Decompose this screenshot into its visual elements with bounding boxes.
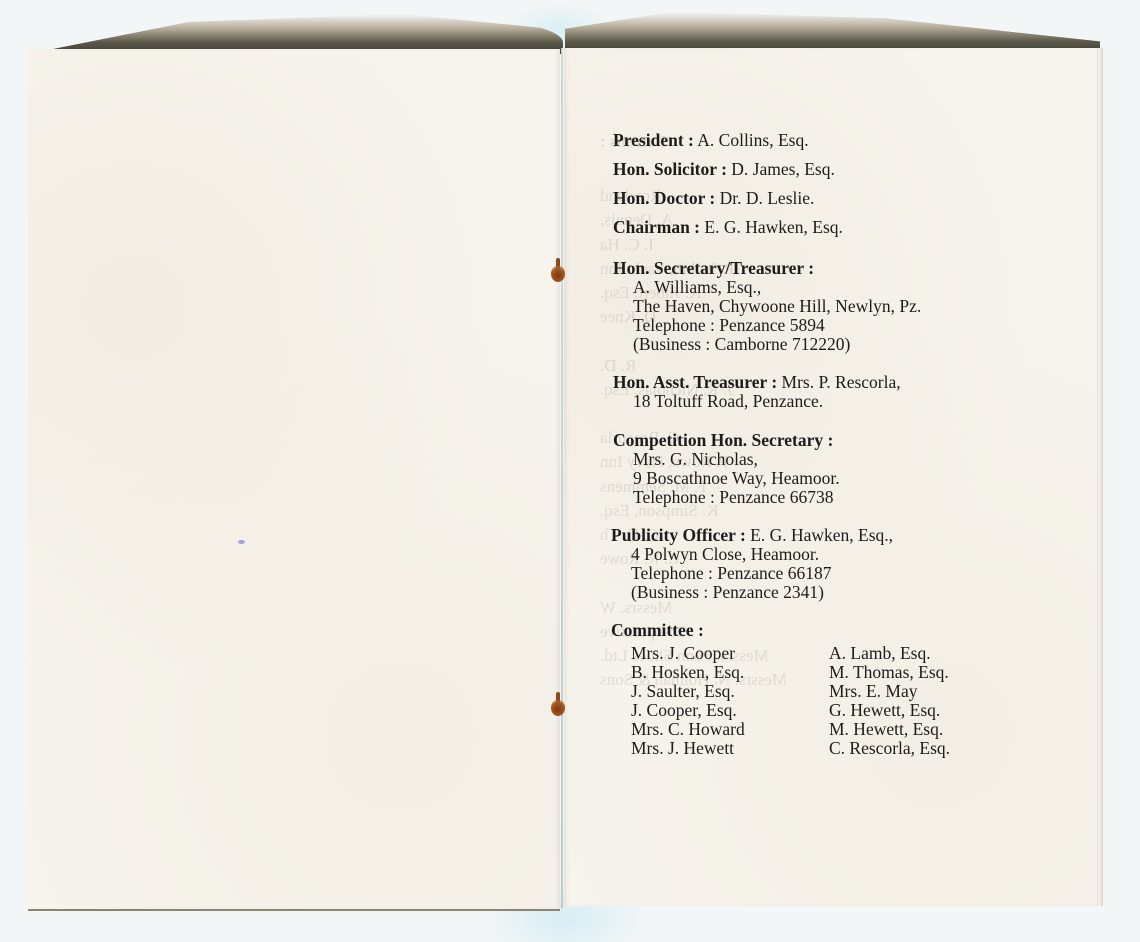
address-line: 18 Toltuff Road, Penzance.: [613, 392, 1053, 411]
officer-name: E. G. Hawken, Esq.: [704, 217, 843, 237]
section-heading: Competition Hon. Secretary :: [613, 431, 1053, 450]
officer-name: Dr. D. Leslie.: [720, 188, 815, 208]
officer-name: E. G. Hawken, Esq.,: [750, 525, 893, 545]
telephone-line: Telephone : Penzance 66187: [611, 564, 1053, 583]
rusty-staple-bottom-icon: [547, 692, 569, 724]
committee-member: M. Thomas, Esq.: [829, 663, 1029, 682]
committee-member: G. Hewett, Esq.: [829, 701, 1029, 720]
page-edge: [1097, 48, 1103, 906]
officer-title: Chairman :: [613, 217, 700, 237]
competition-secretary-block: Competition Hon. Secretary : Mrs. G. Nic…: [613, 431, 1053, 507]
asst-treasurer-block: Hon. Asst. Treasurer : Mrs. P. Rescorla,…: [613, 373, 1053, 411]
committee-member: M. Hewett, Esq.: [829, 720, 1029, 739]
committee-member: Mrs. C. Howard: [631, 720, 829, 739]
section-heading: Hon. Secretary/Treasurer :: [613, 259, 1053, 278]
address-line: 4 Polwyn Close, Heamoor.: [611, 545, 1053, 564]
committee-member: Mrs. J. Hewett: [631, 739, 829, 758]
committee-member: Mrs. E. May: [829, 682, 1029, 701]
officer-title: Hon. Doctor :: [613, 188, 715, 208]
officer-name: Mrs. P. Rescorla,: [782, 372, 901, 392]
committee-list: Mrs. J. Cooper A. Lamb, Esq. B. Hosken, …: [613, 644, 1053, 758]
section-heading: Publicity Officer :: [611, 525, 746, 545]
committee-member: A. Lamb, Esq.: [829, 644, 1029, 663]
business-line: (Business : Camborne 712220): [613, 335, 1053, 354]
committee-member: Mrs. J. Cooper: [631, 644, 829, 663]
publicity-heading-row: Publicity Officer : E. G. Hawken, Esq.,: [611, 526, 1053, 545]
committee-member: C. Rescorla, Esq.: [829, 739, 1029, 758]
asst-treasurer-heading-row: Hon. Asst. Treasurer : Mrs. P. Rescorla,: [613, 373, 1053, 392]
officer-entry-solicitor: Hon. Solicitor : D. James, Esq.: [613, 160, 1053, 179]
committee-member: B. Hosken, Esq.: [631, 663, 829, 682]
left-page-blank: [28, 49, 560, 911]
officer-entry-doctor: Hon. Doctor : Dr. D. Leslie.: [613, 189, 1053, 208]
officer-name: A. Collins, Esq.: [697, 130, 808, 150]
ink-speck: [238, 540, 245, 544]
telephone-line: Telephone : Penzance 66738: [613, 488, 1053, 507]
section-heading: Committee :: [611, 621, 1053, 640]
committee-block: Committee :: [611, 621, 1053, 640]
address-line: 9 Boscathnoe Way, Heamoor.: [613, 469, 1053, 488]
officer-title: President :: [613, 130, 694, 150]
officer-name: Mrs. G. Nicholas,: [613, 450, 1053, 469]
officer-entry-president: President : A. Collins, Esq.: [613, 131, 1053, 150]
publicity-officer-block: Publicity Officer : E. G. Hawken, Esq., …: [611, 526, 1053, 602]
secretary-treasurer-block: Hon. Secretary/Treasurer : A. Williams, …: [613, 259, 1053, 354]
officer-entry-chairman: Chairman : E. G. Hawken, Esq.: [613, 218, 1053, 237]
telephone-line: Telephone : Penzance 5894: [613, 316, 1053, 335]
address-line: A. Williams, Esq.,: [613, 278, 1053, 297]
committee-member: J. Saulter, Esq.: [631, 682, 829, 701]
rusty-staple-top-icon: [547, 258, 569, 290]
committee-member: J. Cooper, Esq.: [631, 701, 829, 720]
section-heading: Hon. Asst. Treasurer :: [613, 372, 777, 392]
spine-fold: [561, 48, 563, 908]
business-line: (Business : Penzance 2341): [611, 583, 1053, 602]
officer-name: D. James, Esq.: [731, 159, 835, 179]
officer-title: Hon. Solicitor :: [613, 159, 727, 179]
address-line: The Haven, Chywoone Hill, Newlyn, Pz.: [613, 297, 1053, 316]
officers-list: President : A. Collins, Esq. Hon. Solici…: [613, 131, 1053, 758]
